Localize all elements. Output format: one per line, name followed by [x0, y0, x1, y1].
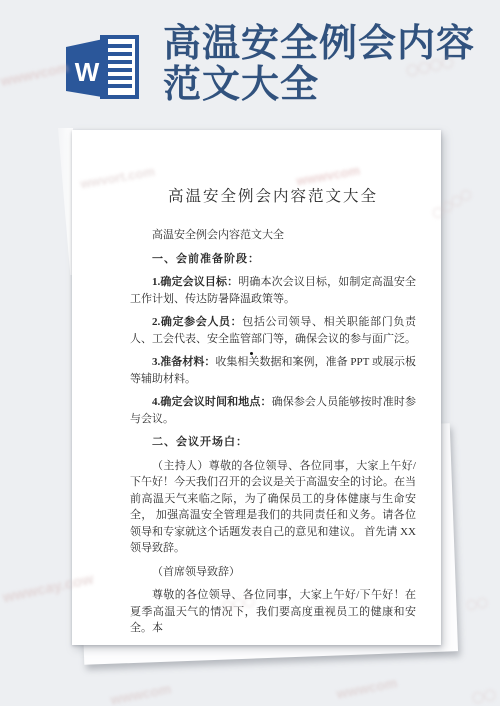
- paragraph-heading: 一、会前准备阶段：: [130, 251, 416, 268]
- header-title: 高温安全例会内容 范文大全: [163, 24, 493, 106]
- watermark-text: wwwcom: [335, 674, 398, 701]
- paragraph-body: （首席领导致辞）: [130, 564, 416, 581]
- document-page: 高温安全例会内容范文大全 高温安全例会内容范文大全一、会前准备阶段：1.确定会议…: [72, 130, 441, 645]
- word-logo-icon: W: [62, 34, 146, 102]
- page-title: 高温安全例会内容范文大全: [130, 184, 416, 206]
- watermark-text: wwwvcom: [0, 59, 70, 89]
- paragraph-lead: 1.确定会议目标：: [152, 276, 238, 288]
- page-inner: 高温安全例会内容范文大全 高温安全例会内容范文大全一、会前准备阶段：1.确定会议…: [130, 184, 416, 644]
- header-title-line1: 高温安全例会内容: [163, 24, 493, 65]
- paragraph-item: 1.确定会议目标：明确本次会议目标，如制定高温安全工作计划、传达防暑降温政策等。: [130, 274, 416, 307]
- word-logo-svg: W: [62, 34, 146, 102]
- header-title-line2: 范文大全: [163, 65, 493, 106]
- watermark-text: 〇〇: [471, 686, 498, 706]
- paragraph-item: 4.确定会议时间和地点：确保参会人员能够按时准时参与会议。: [130, 394, 416, 427]
- paragraph-body: （主持人）尊敬的各位领导、各位同事，大家上午好/下午好！今天我们召开的会议是关于…: [130, 458, 416, 557]
- page-body: 高温安全例会内容范文大全一、会前准备阶段：1.确定会议目标：明确本次会议目标，如…: [130, 227, 416, 637]
- thumbnail-canvas: W 高温安全例会内容 范文大全 高温安全例会内容范文大全 高温安全例会内容范文大…: [0, 0, 500, 706]
- watermark-text: wwwcom: [109, 680, 172, 706]
- paragraph-body: 尊敬的各位领导、各位同事，大家上午好/下午好！在夏季高温天气的情况下，我们要高度…: [130, 587, 416, 637]
- paragraph-lead: 4.确定会议时间和地点：: [152, 396, 272, 408]
- paragraph-item: 2.确定参会人员：包括公司领导、相关职能部门负责人、工会代表、安全监管部门等，确…: [130, 314, 416, 347]
- paragraph-body: 高温安全例会内容范文大全: [130, 227, 416, 244]
- back-sheet-top-left: [58, 128, 73, 275]
- paragraph-heading: 二、会议开场白：: [130, 434, 416, 451]
- word-w-letter: W: [75, 57, 100, 87]
- paragraph-lead: 3.准备材料：: [152, 356, 215, 368]
- paragraph-item: 3.准备材料：收集相关数据和案例，准备 PPT 或展示板等辅助材料。: [130, 354, 416, 387]
- ink-speck: [250, 352, 253, 355]
- paragraph-lead: 2.确定参会人员：: [152, 316, 242, 328]
- watermark-text: 〇〇: [465, 594, 489, 614]
